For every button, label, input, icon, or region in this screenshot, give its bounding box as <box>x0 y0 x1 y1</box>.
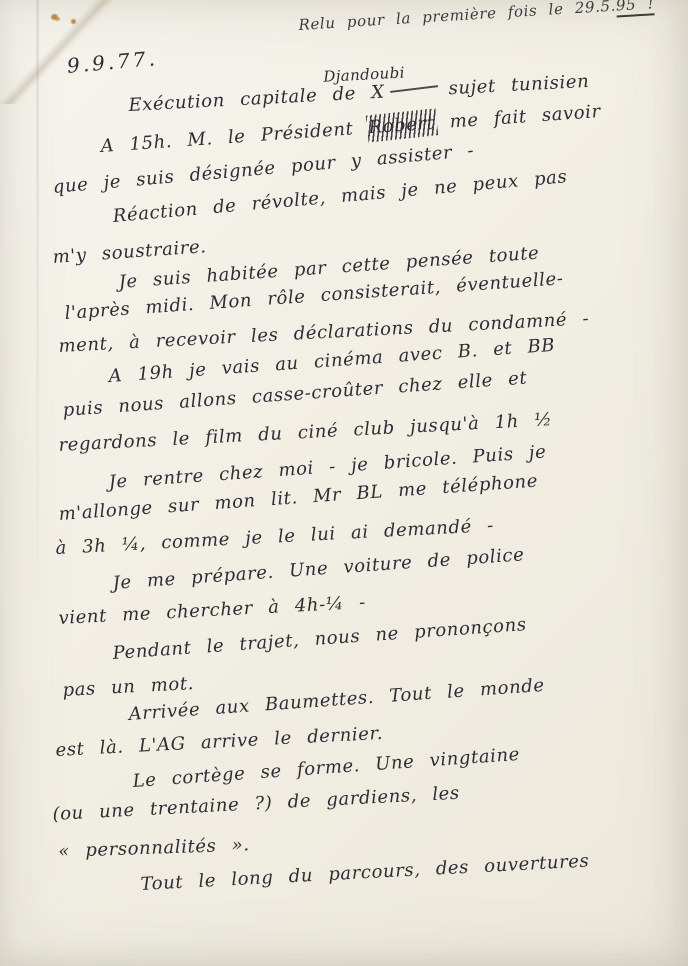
reread-annotation: Relu pour la première fois le 29.5.95 ! <box>298 0 655 34</box>
manuscript-line: vient me chercher à 4h-¼ - <box>58 592 366 629</box>
line-text: A 15h. M. le Président <box>100 117 369 157</box>
rust-stain <box>51 14 58 20</box>
paper-crease <box>36 0 39 640</box>
manuscript-line: (ou une trentaine ?) de gardiens, les <box>52 783 460 825</box>
manuscript-line: m'y soustraire. <box>52 236 207 268</box>
line-text: me fait savoir <box>434 101 602 134</box>
manuscript-line: pas un mot. <box>62 673 195 701</box>
strike-line <box>391 85 439 93</box>
line-text: Exécution capitale de X <box>128 82 385 116</box>
inserted-word: Djandoubi <box>323 63 405 85</box>
manuscript-line: « personnalités ». <box>58 834 250 862</box>
annotation-text: Relu pour la première fois le 29.5. <box>298 0 616 34</box>
manuscript-line: Tout le long du parcours, des ouvertures <box>140 850 590 894</box>
crossed-out-word: Robert <box>368 113 435 139</box>
manuscript-line: est là. L'AG arrive le dernier. <box>55 723 384 761</box>
rust-stain <box>71 19 76 24</box>
annotation-underlined-text: 95 ! <box>615 0 655 18</box>
line-text: sujet tunisien <box>448 71 590 99</box>
manuscript-page: Relu pour la première fois le 29.5.95 ! … <box>0 0 688 966</box>
